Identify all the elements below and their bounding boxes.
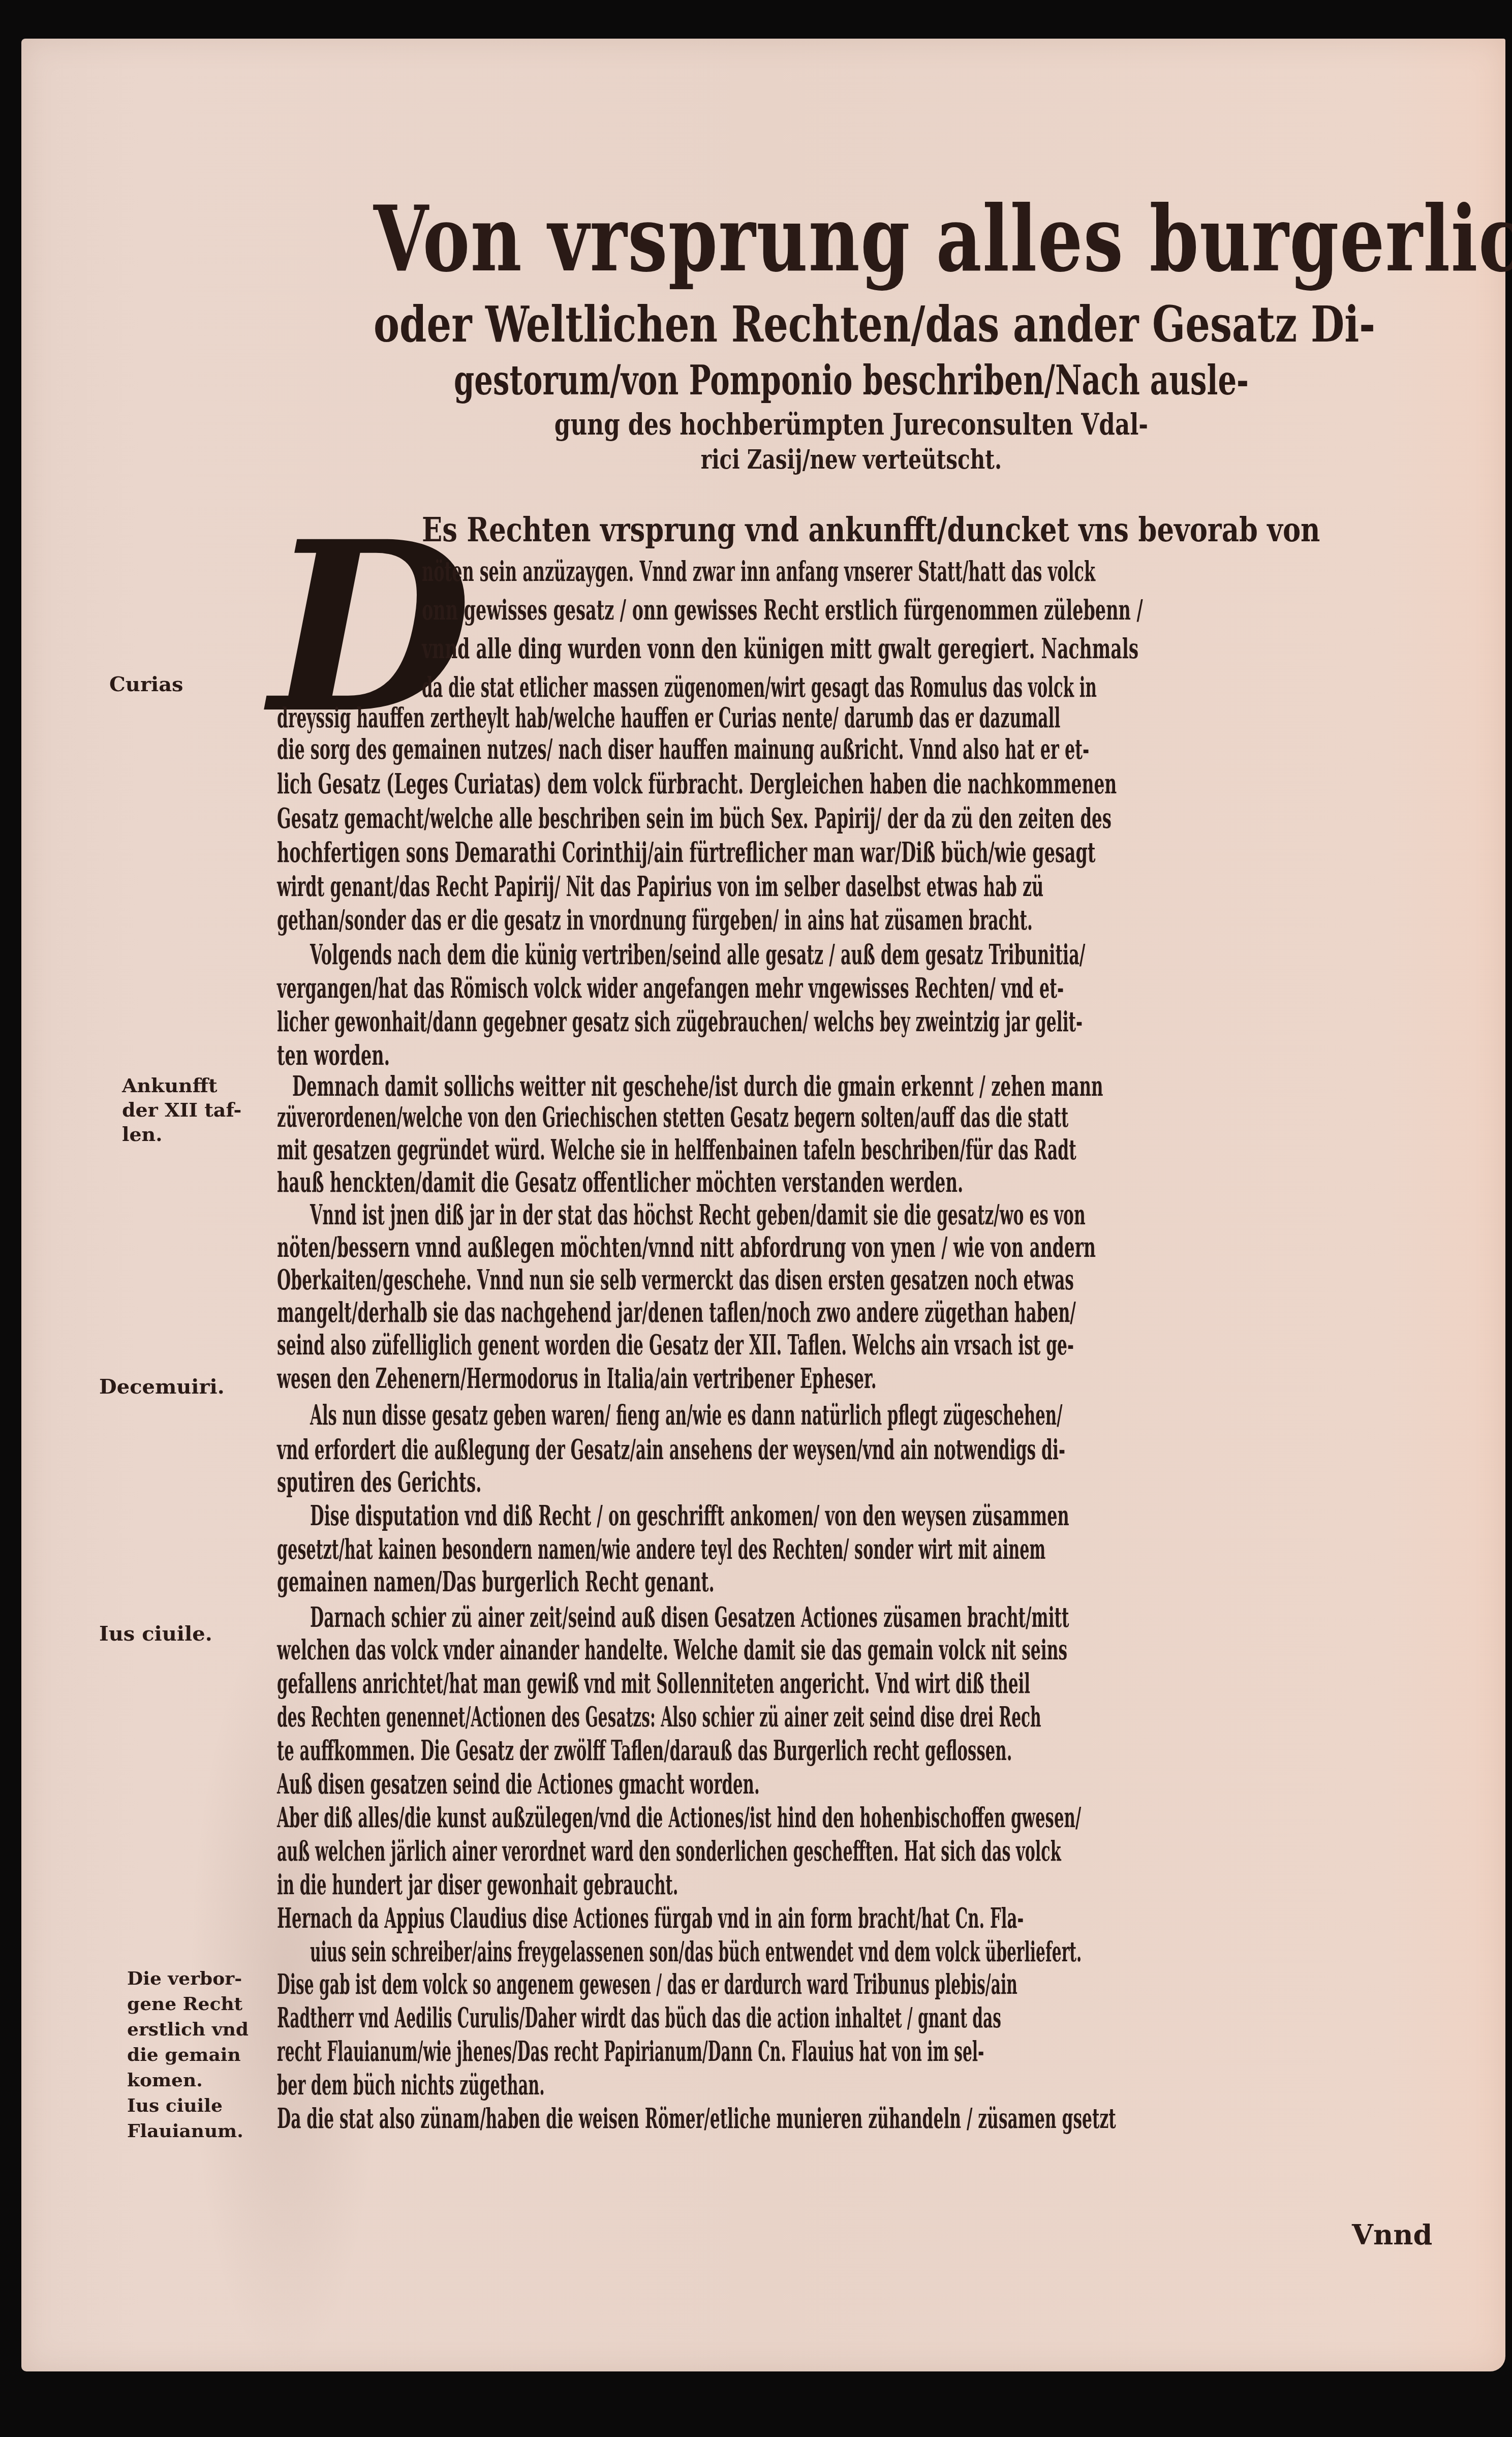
title-line-1: Von vrsprung alles burgerlichen	[374, 183, 1329, 295]
body-line: seind also züfelliglich genent worden di…	[277, 1329, 1074, 1361]
document-title: Von vrsprung alles burgerlichen oder Wel…	[239, 183, 1464, 477]
body-line: Demnach damit sollichs weitter nit gesch…	[292, 1070, 1103, 1102]
body-line: gefallens anrichtet/hat man gewiß vnd mi…	[277, 1667, 1030, 1700]
body-line: Es Rechten vrsprung vnd ankunfft/duncket…	[422, 513, 1320, 546]
body-line: vnnd alle ding wurden vonn den künigen m…	[422, 632, 1138, 665]
body-line: nöten sein anzüzaygen. Vnnd zwar inn anf…	[422, 555, 1095, 588]
body-line: dreyssig hauffen zertheylt hab/welche ha…	[277, 701, 1060, 734]
body-line: in die hundert jar diser gewonhait gebra…	[277, 1868, 678, 1901]
body-line: mit gesatzen gegründet würd. Welche sie …	[277, 1133, 1076, 1166]
body-line: Radtherr vnd Aedilis Curulis/Daher wirdt…	[277, 2001, 1001, 2034]
body-line: Darnach schier zü ainer zeit/seind auß d…	[310, 1601, 1069, 1633]
body-line: Aber diß alles/die kunst außzülegen/vnd …	[277, 1801, 1081, 1834]
body-line: Volgends nach dem die künig vertriben/se…	[310, 938, 1086, 971]
body-line: die sorg des gemainen nutzes/ nach diser…	[277, 733, 1089, 765]
body-line: wesen den Zehenern/Hermodorus in Italia/…	[277, 1362, 877, 1395]
title-line-3: gestorum/von Pomponio beschriben/Nach au…	[410, 355, 1292, 406]
body-line: vergangen/hat das Römisch volck wider an…	[277, 972, 1064, 1004]
body-line: Da die stat also zünam/haben die weisen …	[277, 2102, 1116, 2135]
catchword: Vnnd	[1352, 2218, 1432, 2251]
body-line: hauß henckten/damit die Gesatz offentlic…	[277, 1166, 963, 1198]
body-line: ber dem büch nichts zügethan.	[277, 2069, 545, 2101]
margin-note-curias: Curias	[109, 672, 183, 697]
body-line: Als nun disse gesatz geben waren/ fieng …	[310, 1399, 1062, 1431]
margin-note-ius-ciuile: Ius ciuile.	[99, 1621, 212, 1647]
body-line: nöten/bessern vnnd außlegen möchten/vnnd…	[277, 1231, 1096, 1263]
body-line: Hernach da Appius Claudius dise Actiones…	[277, 1902, 1024, 1934]
body-line: Vnnd ist jnen diß jar in der stat das hö…	[310, 1198, 1086, 1231]
title-line-4: gung des hochberümpten Jureconsulten Vda…	[374, 406, 1329, 443]
body-line: Dise disputation vnd diß Recht / on gesc…	[310, 1499, 1069, 1532]
body-line: lich Gesatz (Leges Curiatas) dem volck f…	[277, 767, 1117, 800]
body-line: vnd erfordert die außlegung der Gesatz/a…	[277, 1433, 1065, 1466]
margin-note-verborgene-recht: Die verbor- gene Recht erstlich vnd die …	[127, 1966, 249, 2144]
body-line: uius sein schreiber/ains freygelassenen …	[310, 1935, 1082, 1968]
body-line: des Rechten genennet/Actionen des Gesatz…	[277, 1701, 1041, 1733]
body-line: da die stat etlicher massen zügenomen/wi…	[422, 671, 1097, 703]
body-line: Oberkaiten/geschehe. Vnnd nun sie selb v…	[277, 1263, 1074, 1296]
title-line-2: oder Weltlichen Rechten/das ander Gesatz…	[374, 295, 1329, 355]
body-line: gethan/sonder das er die gesatz in vnord…	[277, 904, 1033, 936]
margin-note-decemuiri: Decemuiri.	[99, 1374, 225, 1400]
body-line: Dise gab ist dem volck so angenem gewese…	[277, 1968, 1017, 2000]
body-line: licher gewonhait/dann gegebner gesatz si…	[277, 1005, 1083, 1038]
body-line: recht Flauianum/wie jhenes/Das recht Pap…	[277, 2035, 984, 2068]
body-line: züverordenen/welche von den Griechischen…	[277, 1101, 1068, 1133]
body-line: hochfertigen sons Demarathi Corinthij/ai…	[277, 836, 1095, 869]
body-line: te auffkommen. Die Gesatz der zwölff Taf…	[277, 1734, 1012, 1767]
body-line: mangelt/derhalb sie das nachgehend jar/d…	[277, 1296, 1076, 1329]
body-line: onn gewisses gesatz / onn gewisses Recht…	[422, 594, 1143, 626]
title-line-5: rici Zasij/new verteütscht.	[374, 443, 1329, 477]
margin-note-ankunfft: Ankunfft der XII taf- len.	[122, 1073, 241, 1147]
body-line: gesetzt/hat kainen besondern namen/wie a…	[277, 1533, 1045, 1565]
body-line: Gesatz gemacht/welche alle beschriben se…	[277, 802, 1112, 835]
body-line: sputiren des Gerichts.	[277, 1466, 481, 1498]
body-line: wirdt genant/das Recht Papirij/ Nit das …	[277, 870, 1043, 903]
body-line: gemainen namen/Das burgerlich Recht gena…	[277, 1565, 715, 1598]
body-line: welchen das volck vnder ainander handelt…	[277, 1633, 1067, 1666]
body-line: Auß disen gesatzen seind die Actiones gm…	[277, 1768, 760, 1800]
body-line: auß welchen järlich ainer verordnet ward…	[277, 1835, 1061, 1867]
body-line: ten worden.	[277, 1039, 390, 1071]
